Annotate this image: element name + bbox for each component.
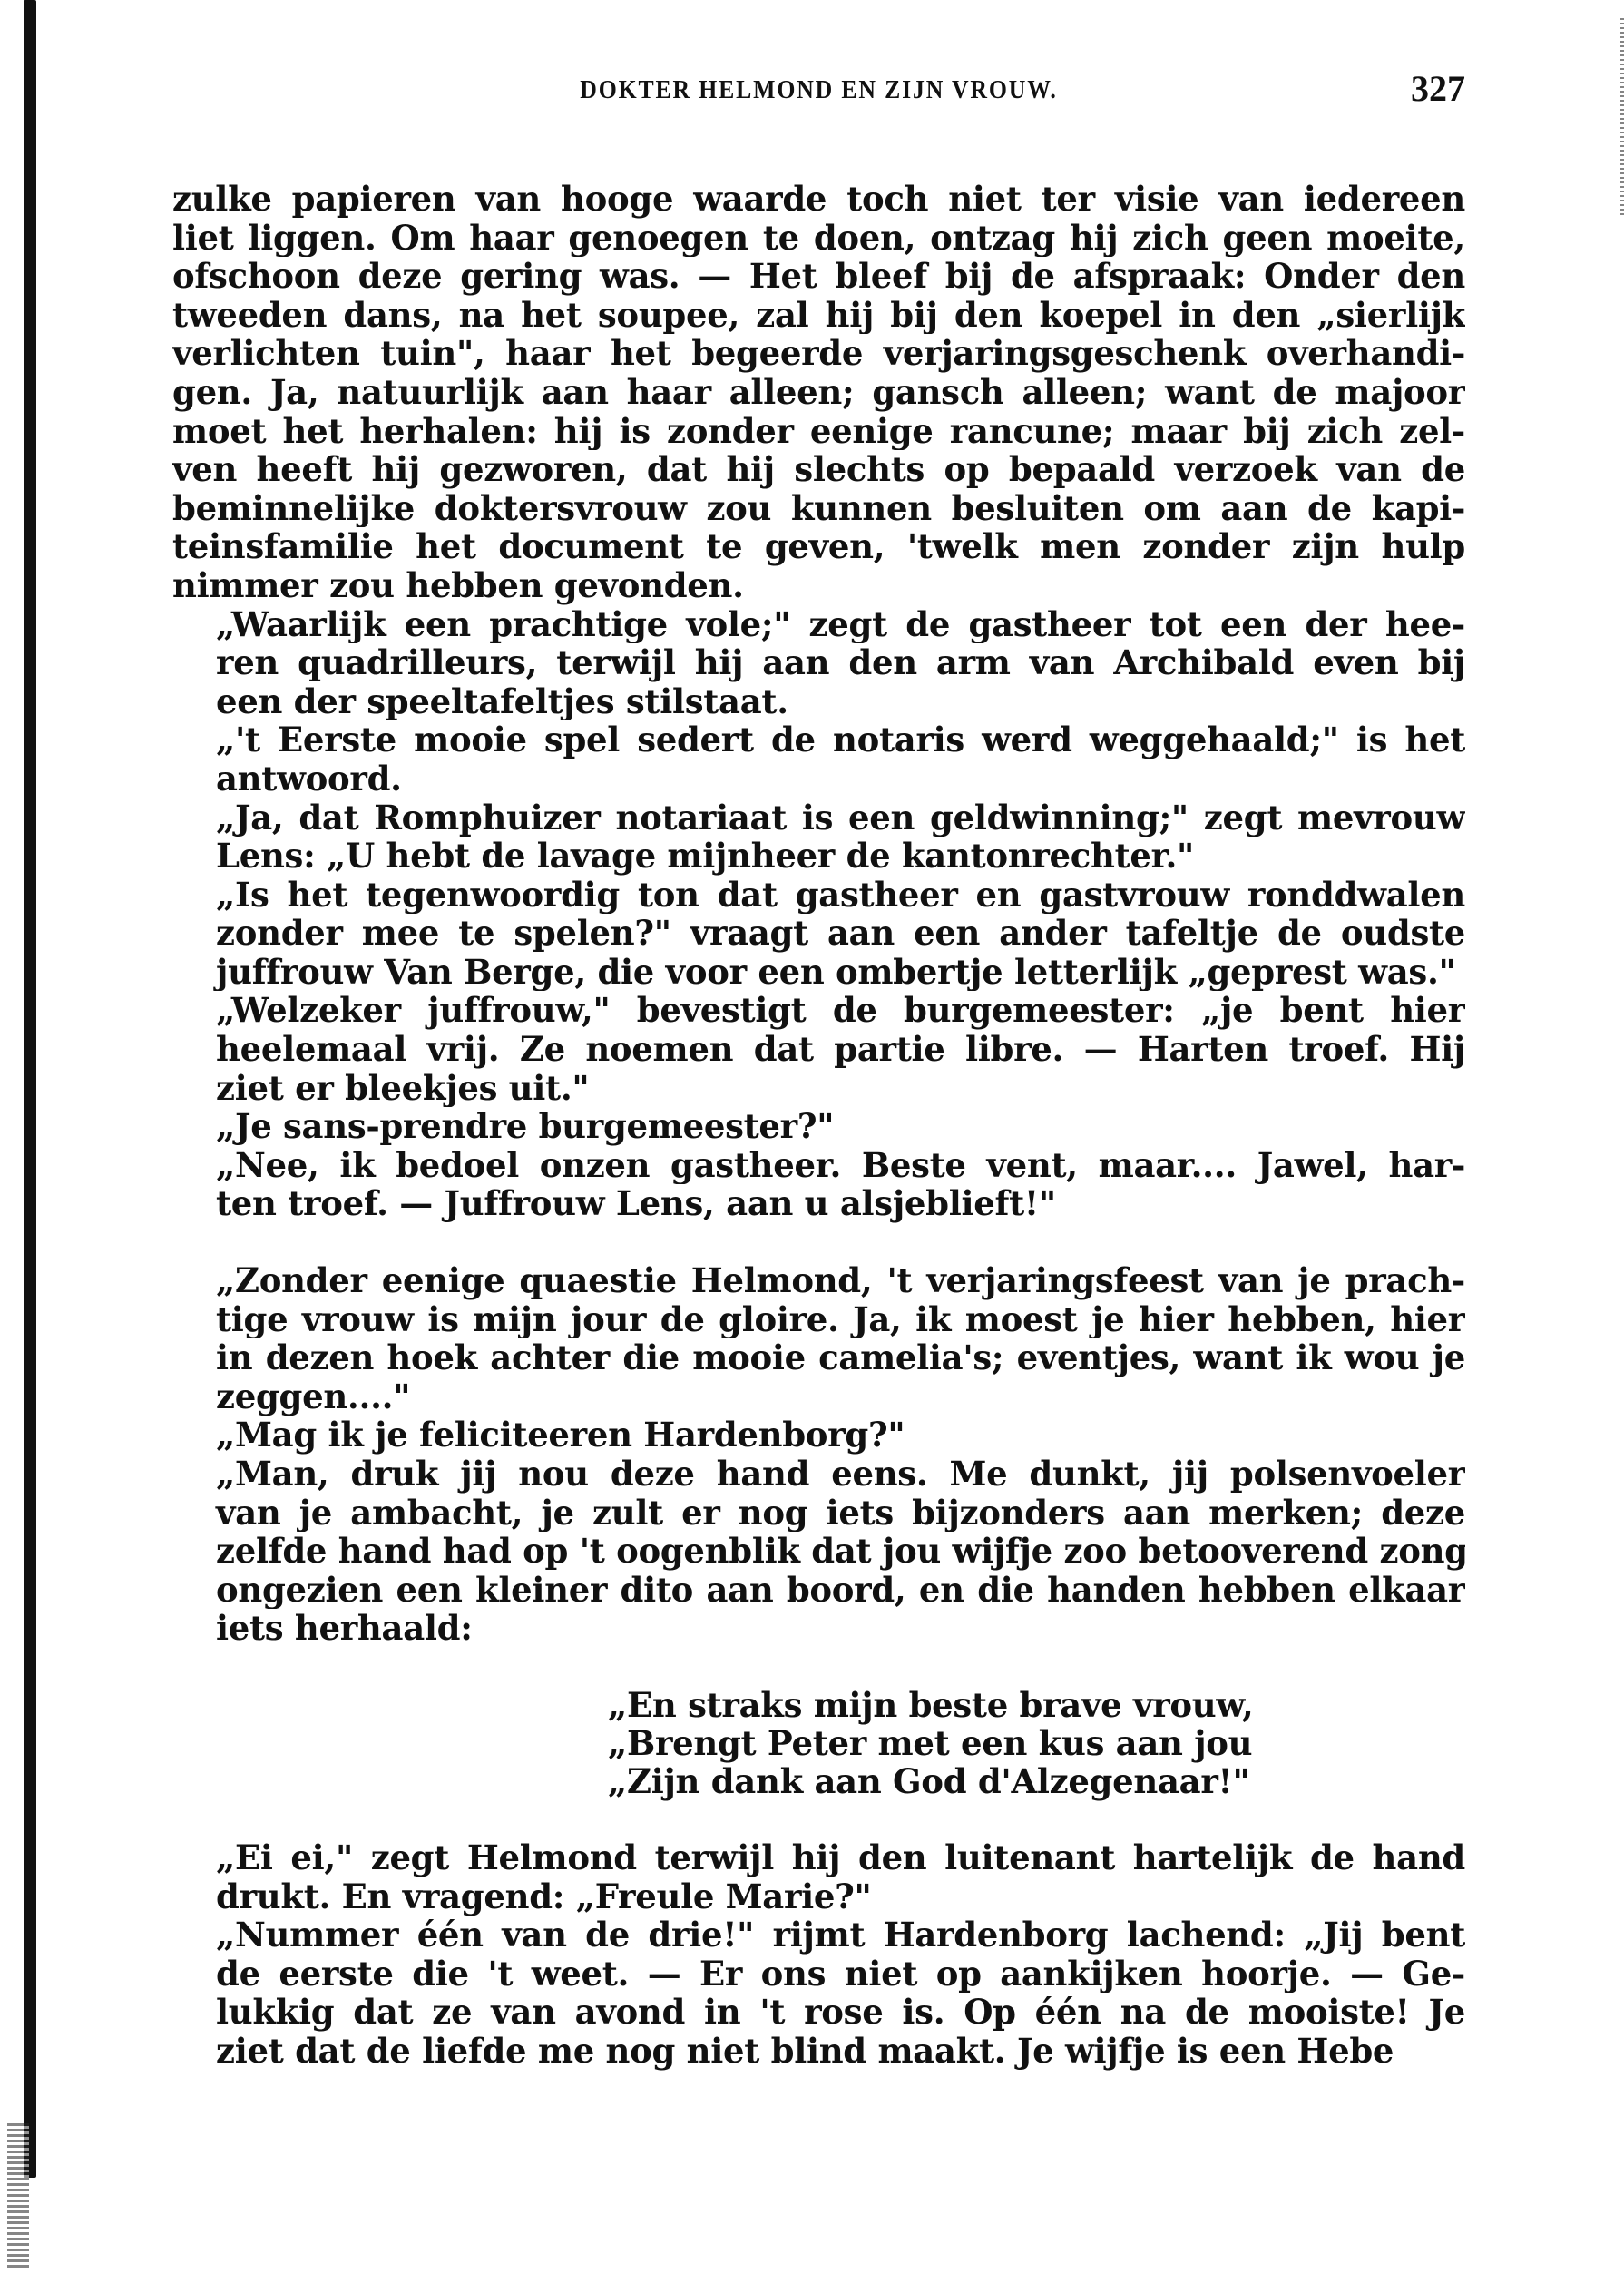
text-line: Lens: „U hebt de lavage mijnheer de kant… xyxy=(172,837,1465,876)
text-line: tige vrouw is mijn jour de gloire. Ja, i… xyxy=(172,1300,1465,1339)
text-line: „Je sans-prendre burgemeester?" xyxy=(172,1107,1465,1146)
text-line: een der speeltafeltjes stilstaat. xyxy=(172,682,1465,721)
paragraph: „Ja, dat Romphuizer notariaat is een gel… xyxy=(172,799,1465,876)
running-head: DOKTER HELMOND EN ZIJN VROUW. 327 xyxy=(172,64,1465,118)
text-line: „Ja, dat Romphuizer notariaat is een gel… xyxy=(172,799,1465,838)
text-line: teinsfamilie het document te geven, 'twe… xyxy=(172,527,1465,566)
paragraphs-before-verse: zulke papieren van hooge waarde toch nie… xyxy=(172,180,1465,1648)
text-line: ongezien een kleiner dito aan boord, en … xyxy=(172,1571,1465,1610)
running-title: DOKTER HELMOND EN ZIJN VROUW. xyxy=(224,76,1414,105)
text-line: ven heeft hij gezworen, dat hij slechts … xyxy=(172,450,1465,489)
paragraph: „Je sans-prendre burgemeester?" xyxy=(172,1107,1465,1146)
scan-noise xyxy=(7,2123,29,2269)
text-line: tweeden dans, na het soupee, zal hij bij… xyxy=(172,296,1465,335)
text-line: ten troef. — Juffrouw Lens, aan u alsjeb… xyxy=(172,1184,1465,1223)
text-line: ren quadrilleurs, terwijl hij aan den ar… xyxy=(172,643,1465,682)
book-page: DOKTER HELMOND EN ZIJN VROUW. 327 zulke … xyxy=(172,64,1465,2071)
text-line: „Ei ei," zegt Helmond terwijl hij den lu… xyxy=(172,1838,1465,1877)
paragraph: „Ei ei," zegt Helmond terwijl hij den lu… xyxy=(172,1838,1465,1916)
text-line: in dezen hoek achter die mooie camelia's… xyxy=(172,1338,1465,1377)
text-line: antwoord. xyxy=(172,759,1465,799)
paragraph: „Nummer één van de drie!" rijmt Hardenbo… xyxy=(172,1916,1465,2070)
text-line: „Nummer één van de drie!" rijmt Hardenbo… xyxy=(172,1916,1465,1955)
text-line: „Mag ik je feliciteeren Hardenborg?" xyxy=(172,1416,1465,1455)
text-line: iets herhaald: xyxy=(172,1609,1465,1648)
verse-block: „En straks mijn beste brave vrouw,„Breng… xyxy=(608,1686,1465,1800)
text-line: de eerste die 't weet. — Er ons niet op … xyxy=(172,1955,1465,1994)
section-break xyxy=(172,1223,1465,1261)
page-number: 327 xyxy=(1411,67,1465,110)
page-edge-right xyxy=(1620,18,1624,218)
text-line: zeggen...." xyxy=(172,1377,1465,1416)
text-line: liet liggen. Om haar genoegen te doen, o… xyxy=(172,219,1465,258)
text-line: gen. Ja, natuurlijk aan haar alleen; gan… xyxy=(172,373,1465,412)
text-line: „Zonder eenige quaestie Helmond, 't verj… xyxy=(172,1261,1465,1300)
text-line: „Is het tegenwoordig ton dat gastheer en… xyxy=(172,876,1465,915)
text-line: nimmer zou hebben gevonden. xyxy=(172,566,1465,605)
text-line: ofschoon deze gering was. — Het bleef bi… xyxy=(172,257,1465,296)
paragraphs-after-verse: „Ei ei," zegt Helmond terwijl hij den lu… xyxy=(172,1838,1465,2071)
verse-line: „En straks mijn beste brave vrouw, xyxy=(608,1686,1465,1724)
text-line: ziet er bleekjes uit." xyxy=(172,1069,1465,1108)
book-binding-edge xyxy=(24,0,36,2178)
text-line: zelfde hand had op 't oogenblik dat jou … xyxy=(172,1532,1465,1571)
text-line: juffrouw Van Berge, die voor een ombertj… xyxy=(172,953,1465,992)
verse-line: „Zijn dank aan God d'Alzegenaar!" xyxy=(608,1762,1465,1800)
text-line: moet het herhalen: hij is zonder eenige … xyxy=(172,412,1465,451)
text-line: „Nee, ik bedoel onzen gastheer. Beste ve… xyxy=(172,1146,1465,1185)
paragraph: „Nee, ik bedoel onzen gastheer. Beste ve… xyxy=(172,1146,1465,1223)
paragraph: „Mag ik je feliciteeren Hardenborg?" xyxy=(172,1416,1465,1455)
text-line: „Man, druk jij nou deze hand eens. Me du… xyxy=(172,1455,1465,1494)
text-line: lukkig dat ze van avond in 't rose is. O… xyxy=(172,1993,1465,2032)
text-line: drukt. En vragend: „Freule Marie?" xyxy=(172,1877,1465,1916)
paragraph: „'t Eerste mooie spel sedert de notaris … xyxy=(172,720,1465,798)
body-text: zulke papieren van hooge waarde toch nie… xyxy=(172,180,1465,2071)
text-line: „Welzeker juffrouw," bevestigt de burgem… xyxy=(172,991,1465,1030)
text-line: van je ambacht, je zult er nog iets bijz… xyxy=(172,1494,1465,1533)
text-line: „'t Eerste mooie spel sedert de notaris … xyxy=(172,720,1465,759)
text-line: verlichten tuin", haar het begeerde verj… xyxy=(172,334,1465,373)
paragraph: „Welzeker juffrouw," bevestigt de burgem… xyxy=(172,991,1465,1107)
paragraph: „Zonder eenige quaestie Helmond, 't verj… xyxy=(172,1261,1465,1416)
paragraph: „Waarlijk een prachtige vole;" zegt de g… xyxy=(172,605,1465,721)
text-line: „Waarlijk een prachtige vole;" zegt de g… xyxy=(172,605,1465,644)
verse-line: „Brengt Peter met een kus aan jou xyxy=(608,1724,1465,1762)
text-line: zonder mee te spelen?" vraagt aan een an… xyxy=(172,914,1465,953)
paragraph: „Man, druk jij nou deze hand eens. Me du… xyxy=(172,1455,1465,1648)
text-line: ziet dat de liefde me nog niet blind maa… xyxy=(172,2032,1465,2071)
paragraph: „Is het tegenwoordig ton dat gastheer en… xyxy=(172,876,1465,992)
text-line: heelemaal vrij. Ze noemen dat partie lib… xyxy=(172,1030,1465,1069)
paragraph: zulke papieren van hooge waarde toch nie… xyxy=(172,180,1465,605)
text-line: beminnelijke doktersvrouw zou kunnen bes… xyxy=(172,489,1465,528)
text-line: zulke papieren van hooge waarde toch nie… xyxy=(172,180,1465,219)
